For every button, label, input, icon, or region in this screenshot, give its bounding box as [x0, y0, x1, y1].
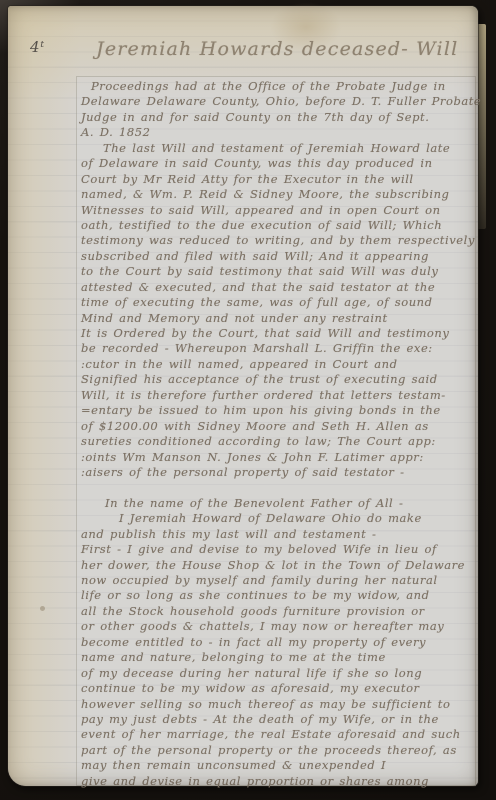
page-vignette	[8, 6, 478, 786]
ledger-page: 4ᵗ Jeremiah Howards deceased- Will Proce…	[8, 6, 478, 786]
underlying-pages-edge	[477, 24, 486, 229]
photo-backdrop: 4ᵗ Jeremiah Howards deceased- Will Proce…	[0, 0, 496, 800]
